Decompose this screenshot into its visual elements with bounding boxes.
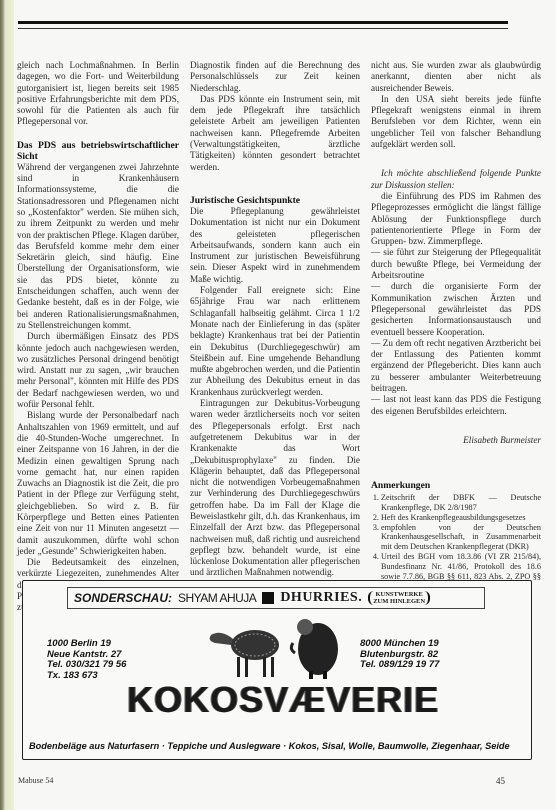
col1-intro-paragraph: gleich nach Lochmaßnahmen. In Berlin dag… bbox=[17, 60, 179, 128]
col2-paragraph: Das PDS könnte ein Instrument sein, mit … bbox=[190, 94, 360, 173]
ad-artist: SHYAM AHUJA bbox=[178, 591, 256, 605]
col3-intro-paragraph: nicht aus. Sie wurden zwar als glaubwürd… bbox=[371, 60, 541, 94]
col2-heading: Juristische Gesichtspunkte bbox=[190, 195, 360, 206]
berlin-address-line: 1000 Berlin 19 bbox=[47, 639, 126, 650]
col1-heading: Das PDS aus betriebswirtschaftlicher Sic… bbox=[17, 140, 179, 162]
muenchen-phone: Tel. 089/129 19 77 bbox=[360, 660, 439, 671]
berlin-address: 1000 Berlin 19 Neue Kantstr. 27 Tel. 030… bbox=[47, 639, 126, 681]
col2-paragraph: Die Pflegeplanung gewährleistet Dokument… bbox=[190, 206, 360, 285]
ad-tagline: KUNSTWERKE ZUM HINLEGEN bbox=[368, 591, 430, 605]
dhurries-logo-icon bbox=[262, 592, 274, 604]
col1-paragraph: Während der vergangenen zwei Jahrzehnte … bbox=[17, 162, 179, 331]
col3-paragraph: In den USA sieht bereits jede fünfte Pfl… bbox=[371, 94, 541, 150]
ad-banner: SONDERSCHAU: SHYAM AHUJA DHURRIES. KUNST… bbox=[67, 587, 485, 609]
discussion-point: — last not least kann das PDS die Festig… bbox=[371, 394, 541, 417]
column-3: nicht aus. Sie wurden zwar als glaubwürd… bbox=[371, 60, 541, 601]
ad-tagline-line2: ZUM HINLEGEN bbox=[373, 598, 425, 605]
col1-paragraph: Durch übermäßigen Einsatz des PDS könnte… bbox=[17, 331, 179, 410]
sheep-and-figure-illustration-icon bbox=[193, 613, 353, 681]
discussion-point: — durch die organisierte Form der Kommun… bbox=[371, 281, 541, 337]
footnote-item: Heft des Krankenpflegeausbildungsgesetze… bbox=[381, 513, 541, 523]
berlin-telex: Tx. 183 673 bbox=[47, 671, 126, 682]
ad-brand: DHURRIES. bbox=[280, 590, 362, 606]
berlin-phone: Tel. 030/321 79 56 bbox=[47, 660, 126, 671]
ad-tagline-line1: KUNSTWERKE bbox=[375, 591, 422, 598]
footnote-item: empfohlen von der Deutschen Krankenhausg… bbox=[381, 523, 541, 552]
col3-discussion-intro: Ich möchte abschließend folgende Punkte … bbox=[371, 168, 541, 191]
footnote-item: Zeitschrift der DBFK — Deutsche Krankenp… bbox=[381, 493, 541, 513]
author-signature: Elisabeth Burmeister bbox=[371, 435, 541, 446]
col2-intro-paragraph: Diagnostik finden auf die Berechnung des… bbox=[190, 60, 360, 94]
kokosvaeverie-logo: KOKOSVÆVERIE bbox=[127, 679, 427, 721]
discussion-point: — sie führt zur Steigerung der Pflegequa… bbox=[371, 247, 541, 281]
footnotes-heading: Anmerkungen bbox=[371, 480, 541, 491]
page-binding-edge bbox=[0, 0, 14, 810]
col1-paragraph: Bislang wurde der Personalbedarf nach An… bbox=[17, 410, 179, 557]
ad-product-line: Bodenbeläge aus Naturfasern · Teppiche u… bbox=[29, 741, 525, 751]
ad-sonderschau: SONDERSCHAU: bbox=[74, 591, 172, 605]
col2-paragraph: Eintragungen zur Dekubitus-Vorbeugung wa… bbox=[190, 398, 360, 579]
muenchen-address: 8000 München 19 Blutenburgstr. 82 Tel. 0… bbox=[360, 639, 439, 671]
muenchen-address-line: 8000 München 19 bbox=[360, 639, 439, 650]
magazine-issue-label: Mabuse 54 bbox=[18, 776, 53, 785]
col2-paragraph: Folgender Fall ereignete sich: Eine 65jä… bbox=[190, 285, 360, 398]
discussion-point: — Zu dem oft recht negativen Arztbericht… bbox=[371, 338, 541, 394]
discussion-point: die Einführung des PDS im Rahmen des Pfl… bbox=[371, 191, 541, 247]
header-rule bbox=[18, 21, 508, 29]
page-number: 45 bbox=[496, 776, 505, 786]
column-1: gleich nach Lochmaßnahmen. In Berlin dag… bbox=[17, 60, 179, 614]
column-2: Diagnostik finden auf die Berechnung des… bbox=[190, 60, 360, 624]
advertisement-box: SONDERSCHAU: SHYAM AHUJA DHURRIES. KUNST… bbox=[22, 580, 532, 760]
